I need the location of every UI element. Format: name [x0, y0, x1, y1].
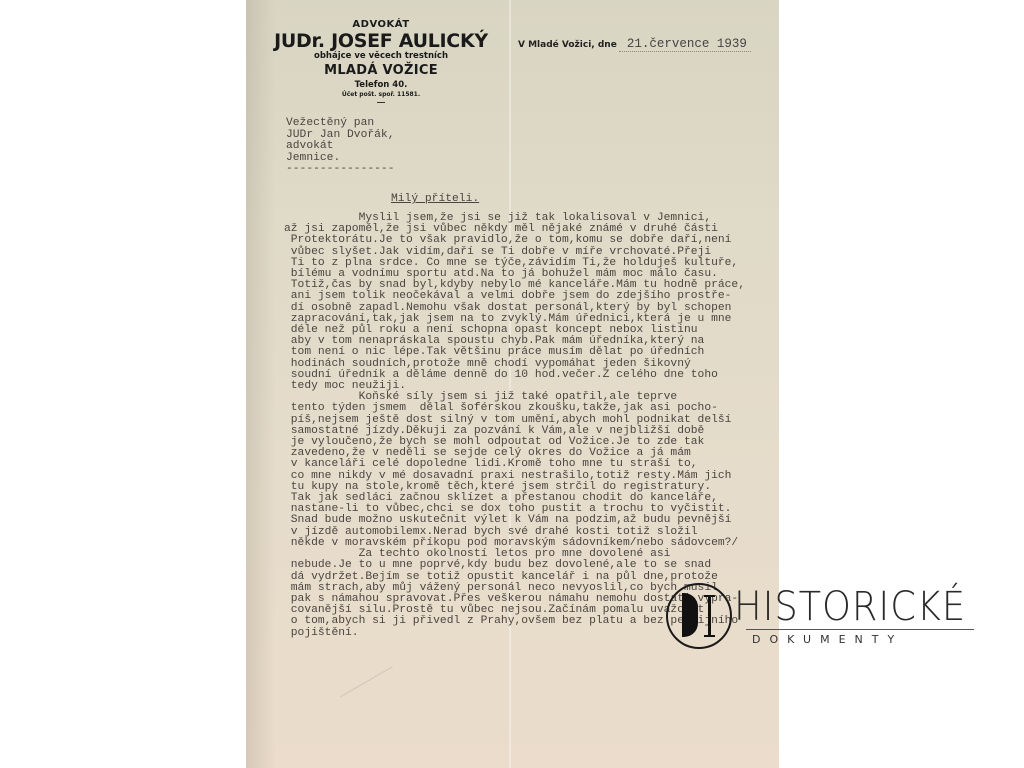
- addressee-line: ----------------: [286, 164, 394, 176]
- letterhead: ADVOKÁT JUDr. JOSEF AULICKÝ obhájce ve v…: [256, 18, 506, 103]
- body-line: tom není o nic lépe.Tak většinu práce mu…: [284, 347, 745, 358]
- addressee-block: Vežectěný panJUDr Jan Dvořák,advokátJemn…: [286, 118, 394, 176]
- body-line: ani jsem tolik neočekával a velmi dobře …: [284, 291, 745, 302]
- body-line: tento týden jsmem dělal šoférskou zkoušk…: [284, 403, 745, 414]
- dateline-date: 21.července 1939: [619, 37, 751, 52]
- body-line: v kanceláři celé dopoledne lidi.Kromě to…: [284, 459, 745, 470]
- body-line: Protektorátu.Je to však pravidlo,že o to…: [284, 235, 745, 246]
- letterhead-account: Účet pošt. spoř. 11581.: [256, 91, 506, 99]
- faded-signature: [340, 666, 401, 712]
- salutation: Milý příteli.: [391, 194, 479, 205]
- letterhead-name: JUDr. JOSEF AULICKÝ: [256, 31, 506, 51]
- monogram-icon: [666, 583, 732, 649]
- body-line: nebude.Je to u mne poprvé,kdy budu bez d…: [284, 560, 745, 571]
- letterhead-specialty: obhájce ve věcech trestních: [256, 51, 506, 62]
- letterhead-phone: Telefon 40.: [256, 79, 506, 91]
- dateline: V Mladé Vožici, dne21.července 1939: [518, 37, 751, 51]
- letter-body: Myslil jsem,že jsi se již tak lokalisova…: [284, 213, 745, 639]
- dateline-place: V Mladé Vožici, dne: [518, 40, 617, 50]
- watermark-rule: [746, 629, 974, 630]
- letterhead-divider: [377, 102, 385, 103]
- watermark-logo: HISTORICKÉ DOKUMENTY: [666, 583, 976, 653]
- body-line: Snad bude možno uskutečnit výlet k Vám n…: [284, 515, 745, 526]
- watermark-brand: HISTORICKÉ: [734, 587, 966, 627]
- addressee-line: Vežectěný pan: [286, 118, 394, 130]
- letterhead-city: MLADÁ VOŽICE: [256, 62, 506, 79]
- watermark-subtitle: DOKUMENTY: [752, 633, 903, 647]
